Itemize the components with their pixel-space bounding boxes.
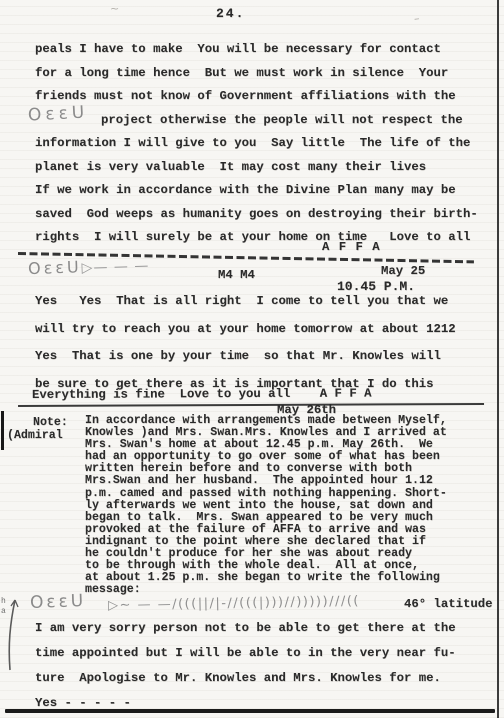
body-text-line: saved God weeps as humanity goes on dest… (35, 203, 485, 227)
message-paragraph-1: peals I have to make You will be necessa… (35, 38, 485, 250)
note-text-line: Mrs.Swan and her husband. The appointed … (85, 475, 470, 487)
body-text-line: planet is very valuable It may cost many… (35, 156, 485, 180)
affa-mark-glyphs: OɛɛU (28, 257, 82, 278)
note-body: In accordance with arrangements made bet… (85, 415, 470, 596)
scan-edge-line (497, 0, 499, 718)
note-text-line: ly afterwards we went into the house, sa… (85, 500, 470, 512)
smudge: – (413, 12, 420, 26)
latitude-note: 46° latitude (404, 597, 493, 611)
margin-letter: h (1, 597, 6, 606)
body-text-line: ture Apologise to Mr. Knowles and Mrs. K… (35, 666, 485, 691)
affa-mark-handwritten: OɛɛU▷— — — (28, 255, 150, 278)
handwritten-scribble: ▷~ — —/(((||/|-//(((|)))//)))))///(( (108, 594, 360, 613)
body-text-line: project otherwise the people will not re… (35, 109, 485, 133)
margin-tick-mark (1, 411, 4, 450)
document-page: 24. ~ – peals I have to make You will be… (0, 0, 504, 718)
affa-mark-handwritten: OɛɛU (28, 102, 89, 125)
body-text-line: I am very sorry person not to be able to… (35, 616, 485, 641)
session-date: May 25 (381, 264, 425, 278)
bottom-scan-bar (5, 709, 495, 713)
closing-underlined-line: Everything is fine Love to you all A F F… (18, 386, 484, 407)
affa-signature: A F F A (322, 240, 381, 254)
body-text-line: Yes Yes That is all right I come to tell… (35, 288, 485, 316)
note-label: Note: (33, 416, 68, 429)
body-text-line: Yes That is one by your time so that Mr.… (35, 343, 485, 371)
body-text-line: information I will give to you Say littl… (35, 132, 485, 156)
message-paragraph-2: Yes Yes That is all right I come to tell… (35, 288, 485, 398)
session-code: M4 M4 (218, 268, 255, 282)
body-text-line: If we work in accordance with the Divine… (35, 179, 485, 203)
note-text-line: at about 1.25 p.m. she began to write th… (85, 572, 470, 584)
body-text-line: rights I will surely be at your home on … (35, 226, 485, 250)
body-text-line: for a long time hence But we must work i… (35, 62, 485, 86)
note-sublabel: (Admiral (7, 429, 63, 442)
message-paragraph-3: I am very sorry person not to be able to… (35, 616, 485, 716)
margin-pen-stroke: h a (0, 590, 26, 684)
pen-strike-marks: ▷— — — (81, 258, 149, 276)
body-text-line: will try to reach you at your home tomor… (35, 316, 485, 344)
body-text-line: time appointed but I will be able to in … (35, 641, 485, 666)
body-text-line: friends must not know of Government affi… (35, 85, 485, 109)
body-text-line: peals I have to make You will be necessa… (35, 38, 485, 62)
page-number: 24. (216, 6, 245, 21)
margin-letter: a (1, 607, 6, 616)
note-text-line: p.m. camed and passed with nothing happe… (85, 488, 470, 500)
smudge: ~ (110, 2, 119, 15)
affa-mark-handwritten: OɛɛU (30, 591, 87, 613)
